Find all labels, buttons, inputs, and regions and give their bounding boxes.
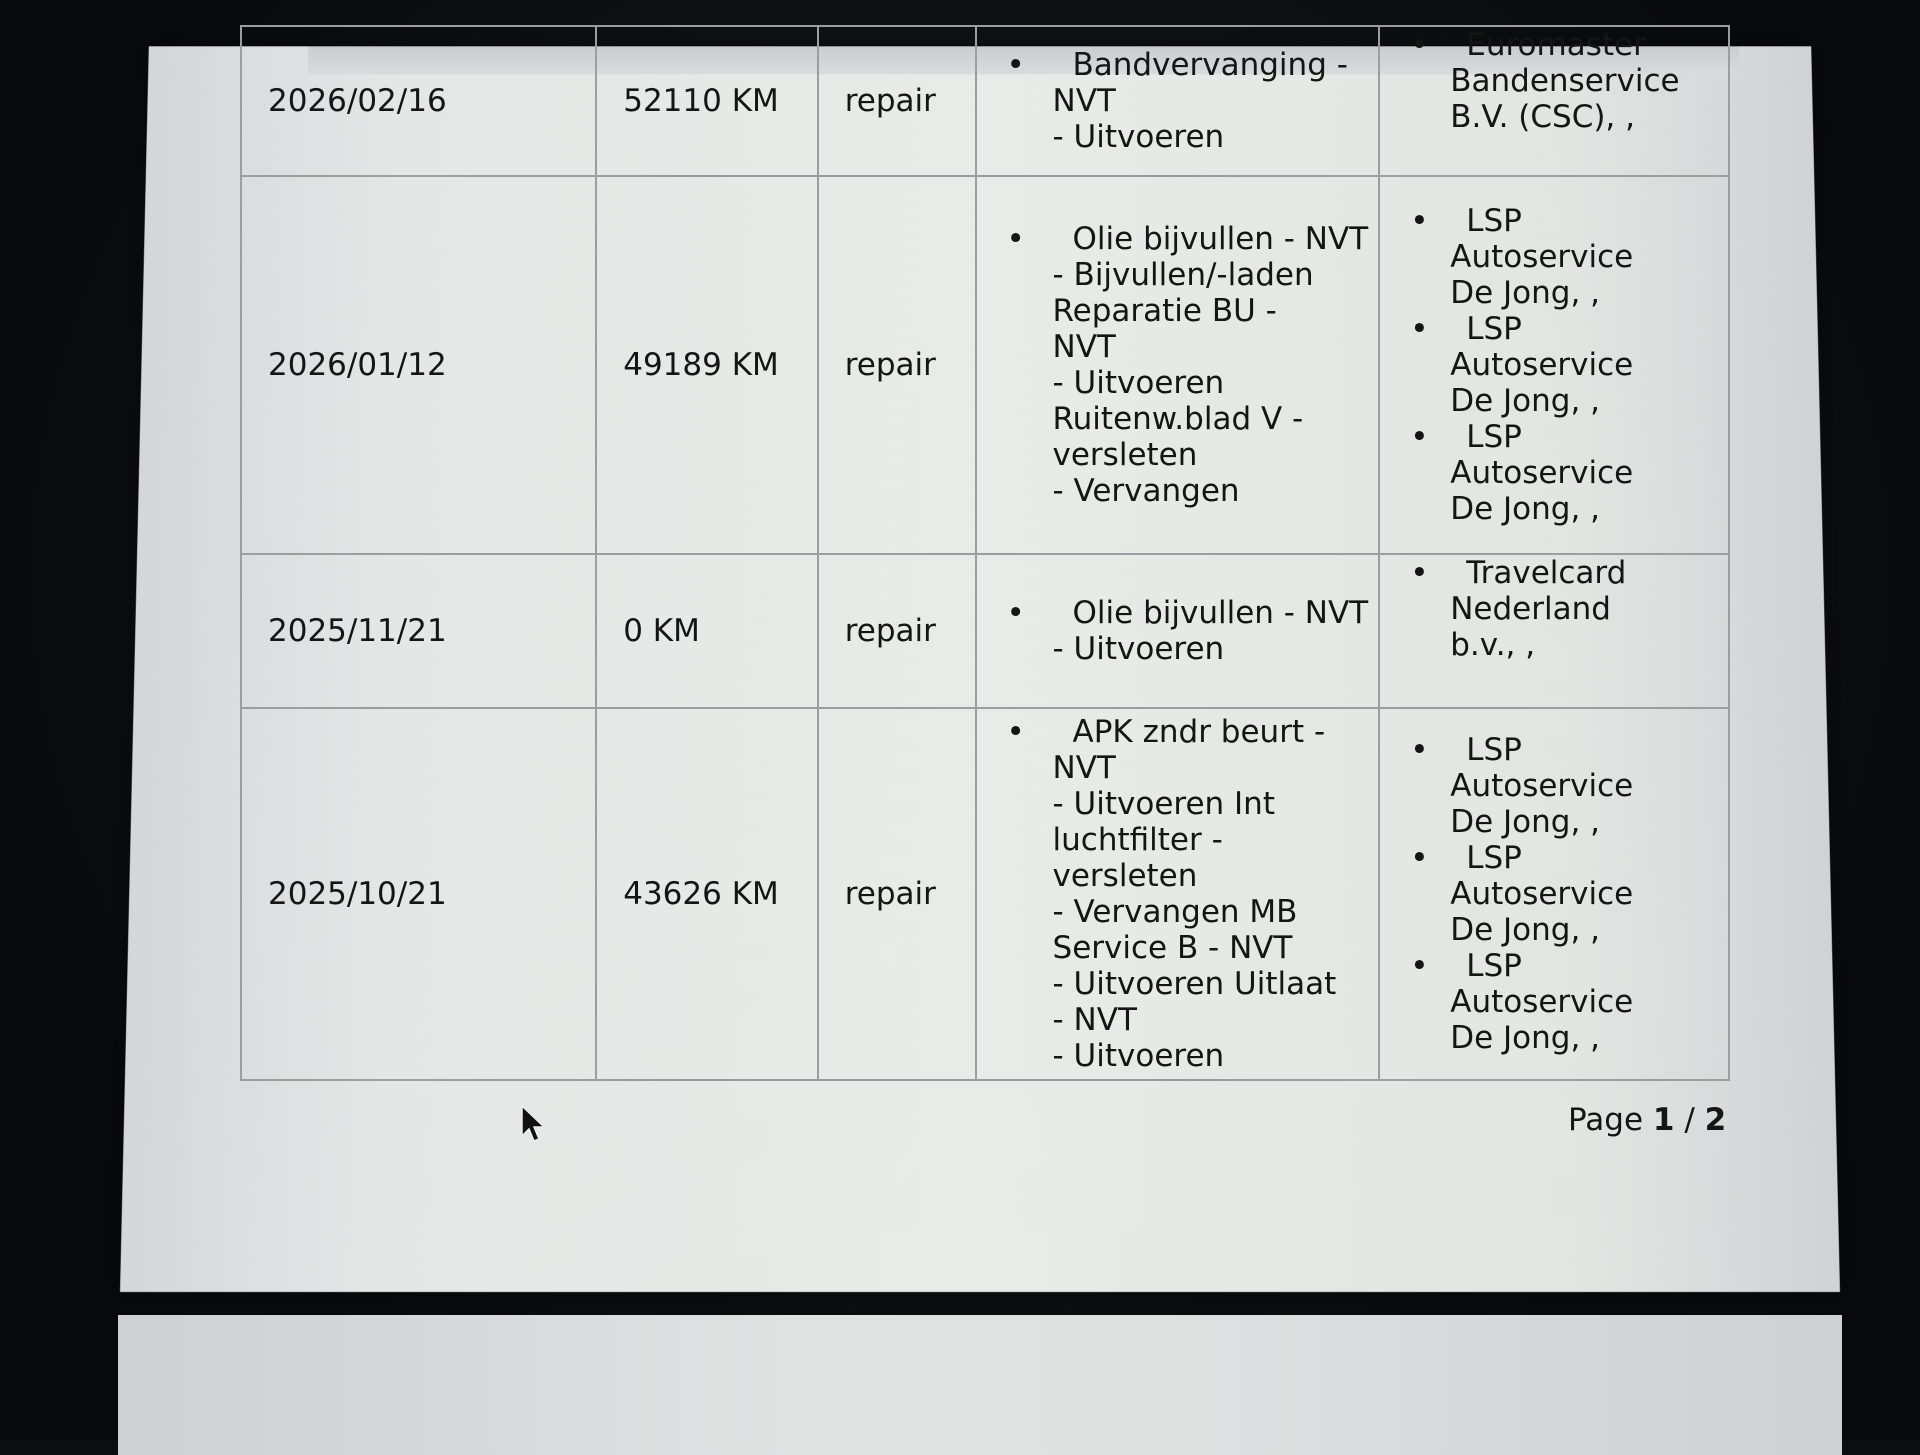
workshop-line: De Jong, , [1450, 804, 1728, 840]
description-line: - Bijvullen/-laden [1053, 257, 1379, 293]
description-line: Olie bijvullen - NVT [1073, 221, 1379, 257]
bullet-icon: • [1007, 47, 1025, 83]
description-line: versleten [1053, 437, 1379, 473]
description-line: - NVT [1053, 1002, 1379, 1038]
mouse-pointer-icon [520, 1104, 546, 1144]
description-line: versleten [1053, 858, 1379, 894]
description-line: - Uitvoeren Int [1053, 786, 1379, 822]
maintenance-history-table: 2026/02/1652110 KMrepair•Bandvervanging … [240, 25, 1730, 1081]
workshop-cell: •LSPAutoserviceDe Jong, ,•LSPAutoservice… [1379, 176, 1729, 554]
description-line: - Uitvoeren [1053, 1038, 1379, 1074]
workshop-line: De Jong, , [1450, 912, 1728, 948]
description-list-item: •Olie bijvullen - NVT- Bijvullen/-ladenR… [1003, 221, 1379, 509]
description-list: •Bandvervanging -NVT- Uitvoeren [1003, 47, 1379, 155]
description-line: NVT [1053, 329, 1379, 365]
table-row: 2026/01/1249189 KMrepair•Olie bijvullen … [241, 176, 1729, 554]
mileage-cell: 0 KM [596, 554, 818, 708]
workshop-line: De Jong, , [1450, 275, 1728, 311]
workshop-cell: •TravelcardNederlandb.v., , [1379, 554, 1729, 708]
page-separator: / [1684, 1102, 1694, 1138]
page-indicator: Page 1 / 2 [1568, 1102, 1726, 1138]
workshop-line: Travelcard [1466, 555, 1728, 591]
workshop-line: De Jong, , [1450, 383, 1728, 419]
description-list-item: •Bandvervanging -NVT- Uitvoeren [1003, 47, 1379, 155]
type-cell: repair [818, 176, 976, 554]
next-page-preview [118, 1315, 1842, 1440]
workshop-list-item: •LSPAutoserviceDe Jong, , [1406, 840, 1728, 948]
description-line: - Uitvoeren [1053, 631, 1379, 667]
bullet-icon: • [1410, 203, 1428, 239]
current-page: 1 [1653, 1102, 1675, 1138]
workshop-line: b.v., , [1450, 627, 1728, 663]
workshop-list-item: •LSPAutoserviceDe Jong, , [1406, 311, 1728, 419]
mileage-cell: 43626 KM [596, 708, 818, 1080]
description-line: - Uitvoeren [1053, 365, 1379, 401]
workshop-line: LSP [1466, 732, 1728, 768]
workshop-line: Autoservice [1450, 347, 1728, 383]
bullet-icon: • [1410, 311, 1428, 347]
workshop-line: LSP [1466, 419, 1728, 455]
bullet-icon: • [1007, 595, 1025, 631]
description-line: luchtfilter - [1053, 822, 1379, 858]
bullet-icon: • [1410, 948, 1428, 984]
total-pages: 2 [1705, 1102, 1727, 1138]
workshop-line: Euromaster [1466, 27, 1728, 63]
description-line: - Vervangen MB [1053, 894, 1379, 930]
date-cell: 2026/02/16 [241, 26, 596, 176]
description-list-item: •Olie bijvullen - NVT- Uitvoeren [1003, 595, 1379, 667]
description-cell: •APK zndr beurt -NVT- Uitvoeren Intlucht… [976, 708, 1380, 1080]
description-line: - Vervangen [1053, 473, 1379, 509]
mileage-cell: 49189 KM [596, 176, 818, 554]
description-line: APK zndr beurt - [1073, 714, 1379, 750]
type-cell: repair [818, 708, 976, 1080]
date-cell: 2025/11/21 [241, 554, 596, 708]
workshop-list: •LSPAutoserviceDe Jong, ,•LSPAutoservice… [1406, 732, 1728, 1056]
page-label: Page [1568, 1102, 1643, 1138]
workshop-line: LSP [1466, 840, 1728, 876]
workshop-line: Bandenservice [1450, 63, 1728, 99]
workshop-line: LSP [1466, 203, 1728, 239]
bullet-icon: • [1410, 555, 1428, 591]
workshop-line: Autoservice [1450, 455, 1728, 491]
workshop-list-item: •LSPAutoserviceDe Jong, , [1406, 419, 1728, 527]
workshop-line: Autoservice [1450, 984, 1728, 1020]
description-cell: •Olie bijvullen - NVT- Bijvullen/-ladenR… [976, 176, 1380, 554]
bullet-icon: • [1410, 732, 1428, 768]
workshop-list: •EuromasterBandenserviceB.V. (CSC), , [1406, 27, 1728, 135]
type-cell: repair [818, 26, 976, 176]
date-cell: 2026/01/12 [241, 176, 596, 554]
description-line: Olie bijvullen - NVT [1073, 595, 1379, 631]
workshop-list-item: •LSPAutoserviceDe Jong, , [1406, 203, 1728, 311]
bullet-icon: • [1410, 840, 1428, 876]
workshop-line: Nederland [1450, 591, 1728, 627]
workshop-line: De Jong, , [1450, 1020, 1728, 1056]
description-list-item: •APK zndr beurt -NVT- Uitvoeren Intlucht… [1003, 714, 1379, 1074]
mileage-cell: 52110 KM [596, 26, 818, 176]
bullet-icon: • [1410, 419, 1428, 455]
description-line: Service B - NVT [1053, 930, 1379, 966]
workshop-line: Autoservice [1450, 876, 1728, 912]
workshop-cell: •EuromasterBandenserviceB.V. (CSC), , [1379, 26, 1729, 176]
description-cell: •Olie bijvullen - NVT- Uitvoeren [976, 554, 1380, 708]
workshop-cell: •LSPAutoserviceDe Jong, ,•LSPAutoservice… [1379, 708, 1729, 1080]
description-line: - Uitvoeren Uitlaat [1053, 966, 1379, 1002]
table-row: 2025/10/2143626 KMrepair•APK zndr beurt … [241, 708, 1729, 1080]
workshop-list-item: •LSPAutoserviceDe Jong, , [1406, 948, 1728, 1056]
workshop-line: Autoservice [1450, 239, 1728, 275]
description-list: •Olie bijvullen - NVT- Bijvullen/-ladenR… [1003, 221, 1379, 509]
description-line: - Uitvoeren [1053, 119, 1379, 155]
workshop-line: Autoservice [1450, 768, 1728, 804]
workshop-list-item: •LSPAutoserviceDe Jong, , [1406, 732, 1728, 840]
date-cell: 2025/10/21 [241, 708, 596, 1080]
workshop-line: LSP [1466, 948, 1728, 984]
table-row: 2026/02/1652110 KMrepair•Bandvervanging … [241, 26, 1729, 176]
workshop-line: B.V. (CSC), , [1450, 99, 1728, 135]
screen: 2026/02/1652110 KMrepair•Bandvervanging … [0, 0, 1920, 1440]
bullet-icon: • [1007, 714, 1025, 750]
type-cell: repair [818, 554, 976, 708]
description-line: NVT [1053, 750, 1379, 786]
description-line: NVT [1053, 83, 1379, 119]
bullet-icon: • [1410, 27, 1428, 63]
workshop-list: •TravelcardNederlandb.v., , [1406, 555, 1728, 663]
description-line: Ruitenw.blad V - [1053, 401, 1379, 437]
workshop-list-item: •TravelcardNederlandb.v., , [1406, 555, 1728, 663]
workshop-line: LSP [1466, 311, 1728, 347]
bullet-icon: • [1007, 221, 1025, 257]
description-cell: •Bandvervanging -NVT- Uitvoeren [976, 26, 1380, 176]
description-list: •APK zndr beurt -NVT- Uitvoeren Intlucht… [1003, 714, 1379, 1074]
description-line: Reparatie BU - [1053, 293, 1379, 329]
description-line: Bandvervanging - [1073, 47, 1379, 83]
workshop-line: De Jong, , [1450, 491, 1728, 527]
workshop-list: •LSPAutoserviceDe Jong, ,•LSPAutoservice… [1406, 203, 1728, 527]
workshop-list-item: •EuromasterBandenserviceB.V. (CSC), , [1406, 27, 1728, 135]
description-list: •Olie bijvullen - NVT- Uitvoeren [1003, 595, 1379, 667]
table-row: 2025/11/210 KMrepair•Olie bijvullen - NV… [241, 554, 1729, 708]
